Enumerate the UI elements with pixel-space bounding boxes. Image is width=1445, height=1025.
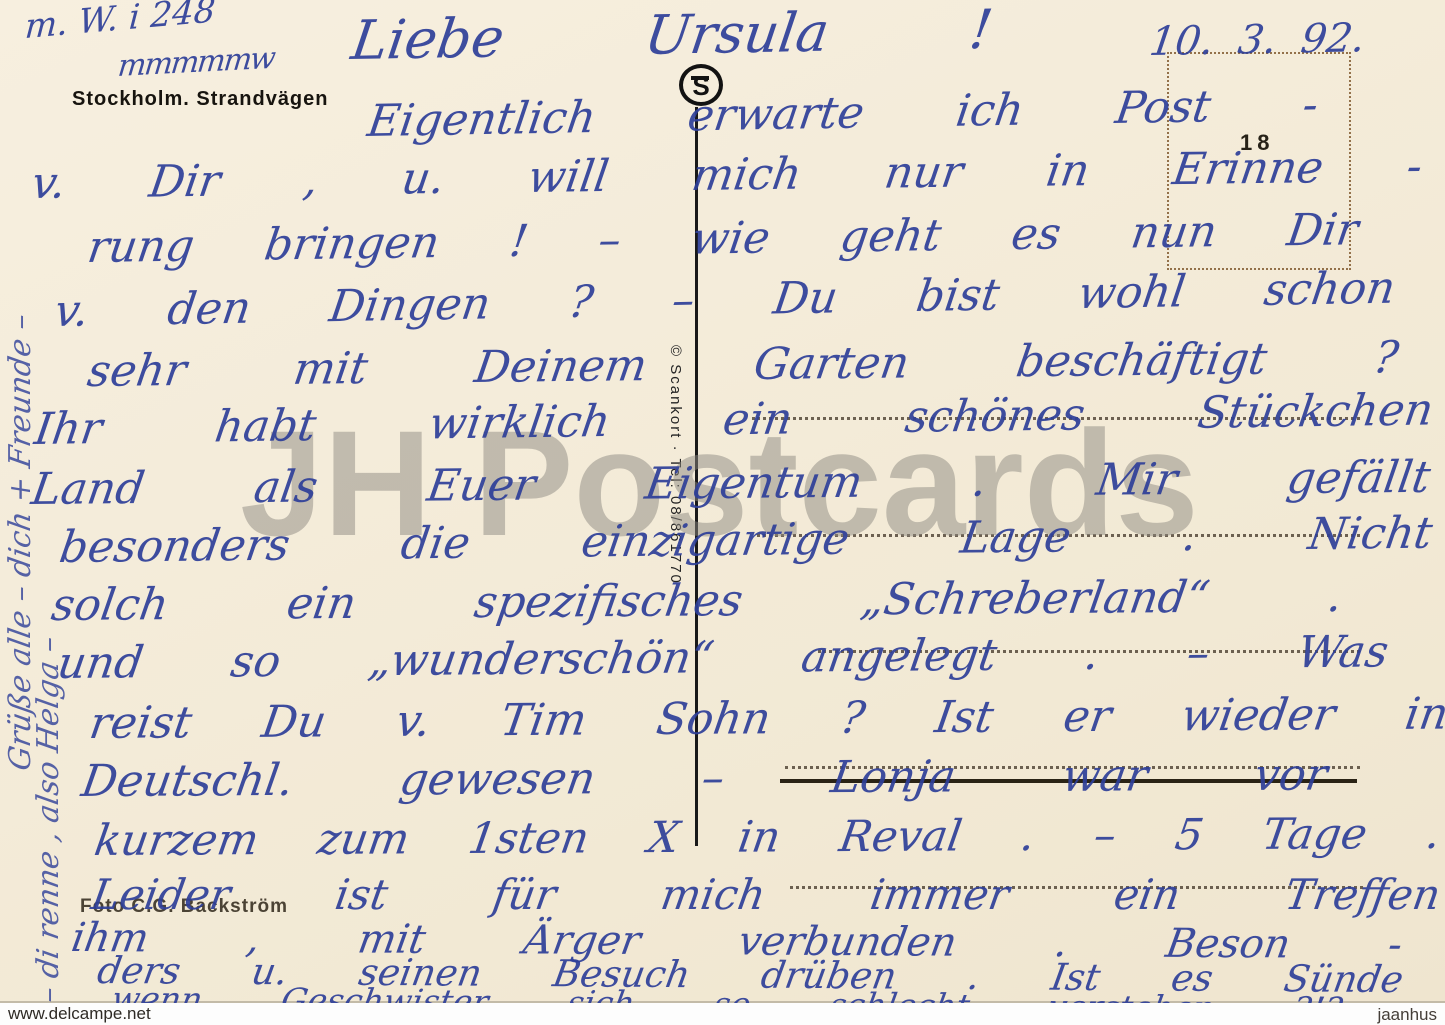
handwriting-line: Deutschl. gewesen – Lonja war vor — [79, 753, 1331, 804]
handwriting-line: Leider ist für mich immer ein Treffen — [89, 874, 1444, 916]
site-credit-jaanhus: jaanhus — [1377, 1005, 1437, 1025]
handwriting-line: Land als Euer Eigentum . Mir gefällt — [29, 456, 1434, 512]
handwriting-line: solch ein spezifisches „Schreberland“ . — [49, 575, 1346, 628]
handwriting-greeting: Liebe Ursula ! — [348, 3, 996, 68]
handwriting-line: kurzem zum 1sten X in Reval . – 5 Tage . — [92, 813, 1444, 863]
scan-footer-strip — [0, 1003, 1445, 1025]
handwriting-scribble-2: mmmmmw — [116, 44, 275, 82]
postcard-caption: Stockholm. Strandvägen — [72, 88, 329, 111]
handwriting-date: 10. 3. 92. — [1147, 18, 1368, 62]
handwriting-line: und so „wunderschön“ angelegt . – Was — [55, 630, 1392, 686]
site-credit-delcampe: www.delcampe.net — [8, 1004, 151, 1024]
handwriting-margin-line-2: – di renne , also Helga – — [34, 70, 64, 1005]
handwriting-line: reist Du v. Tim Sohn ? Ist er wieder in — [87, 692, 1445, 746]
